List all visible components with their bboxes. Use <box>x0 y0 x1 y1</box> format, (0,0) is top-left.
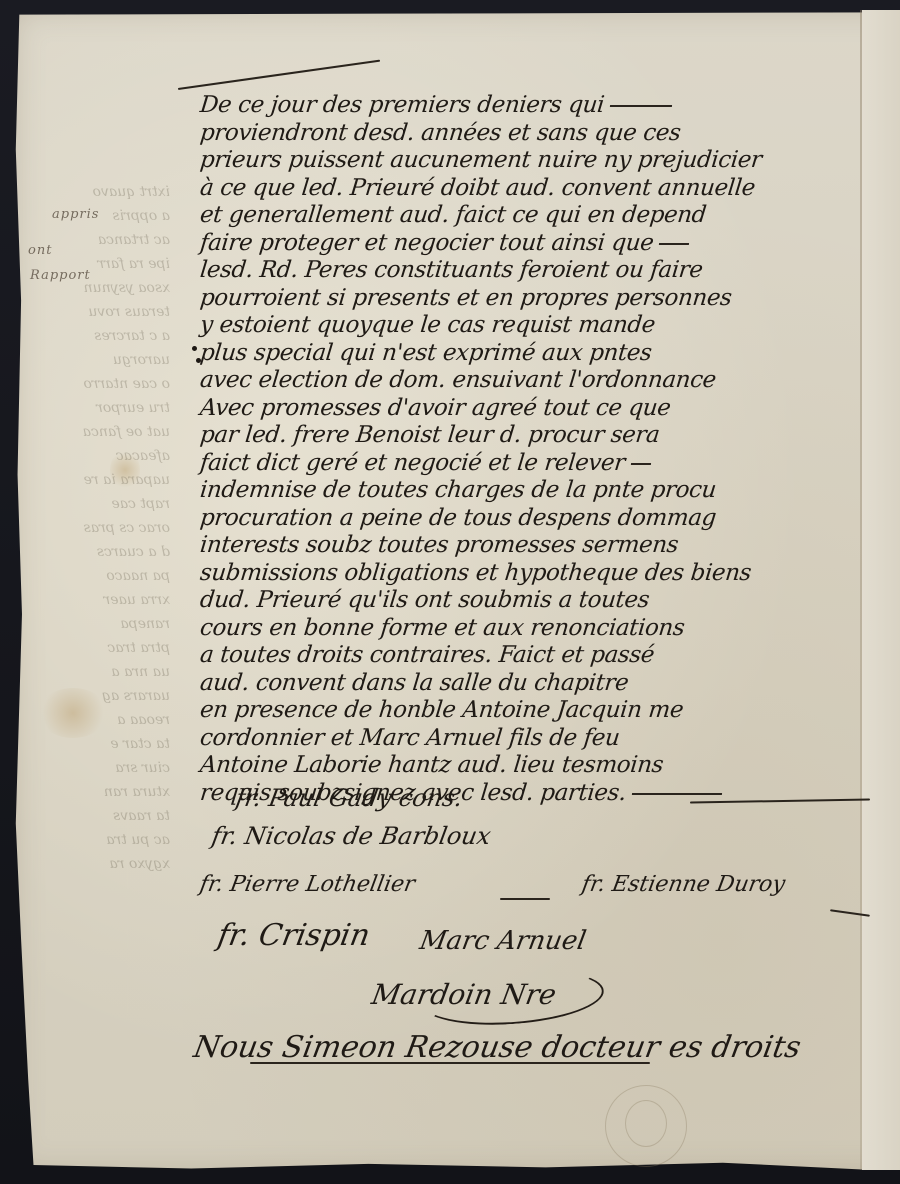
margin-note: Rapport <box>30 268 91 283</box>
text-line: interests soubz toutes promesses sermens <box>199 532 862 560</box>
text-line: prieurs puissent aucunement nuire ny pre… <box>199 147 862 175</box>
text-line: pourroient si presents et en propres per… <box>199 285 862 313</box>
text-line: aud. convent dans la salle du chapitre <box>199 670 862 698</box>
text-line: cordonnier et Marc Arnuel fils de feu <box>199 725 862 753</box>
scan-background: ixtrt quavoa opprisac trtancaipe ra farr… <box>0 0 900 1184</box>
text-line: proviendront desd. années et sans que ce… <box>199 120 862 148</box>
text-line: faire proteger et negocier tout ainsi qu… <box>199 230 862 258</box>
text-line: procuration a peine de tous despens domm… <box>199 505 862 533</box>
text-line: Antoine Laborie hantz aud. lieu tesmoins <box>199 752 862 780</box>
text-line: y estoient quoyque le cas requist mande <box>199 312 862 340</box>
text-line: faict dict geré et negocié et le relever <box>199 450 862 478</box>
text-line: et generallement aud. faict ce qui en de… <box>199 202 862 230</box>
signature: fr. Pierre Lothellier <box>198 872 417 897</box>
text-line: indemnise de toutes charges de la pnte p… <box>199 477 862 505</box>
text-line: à ce que led. Prieuré doibt aud. convent… <box>199 175 862 203</box>
adjacent-page-edge <box>862 10 900 1170</box>
text-line: par led. frere Benoist leur d. procur se… <box>199 422 862 450</box>
text-line: plus special qui n'est exprimé aux pntes <box>199 340 862 368</box>
text-line: De ce jour des premiers deniers qui <box>199 92 862 120</box>
text-line: cours en bonne forme et aux renonciation… <box>199 615 862 643</box>
signature: fr. Crispin <box>215 918 373 953</box>
signature: Nous Simeon Rezouse docteur es droits <box>191 1030 804 1065</box>
text-line: Avec promesses d'avoir agreé tout ce que <box>199 395 862 423</box>
margin-note: ont <box>28 243 52 258</box>
text-line: dud. Prieuré qu'ils ont soubmis a toutes <box>199 587 862 615</box>
signature: Marc Arnuel <box>417 926 588 956</box>
signature: fr. Estienne Duroy <box>580 872 787 897</box>
text-line: lesd. Rd. Peres constituants feroient ou… <box>199 257 862 285</box>
watermark-mark-inner <box>625 1100 667 1147</box>
text-line: avec election de dom. ensuivant l'ordonn… <box>199 367 862 395</box>
margin-note: appris <box>52 207 99 222</box>
signature-strike <box>500 898 550 900</box>
margin-mark <box>192 346 197 351</box>
show-through-text: ixtrt quavoa opprisac trtancaipe ra farr… <box>40 180 170 876</box>
signature: fr. Nicolas de Barbloux <box>210 822 494 850</box>
text-line: submissions obligations et hypotheque de… <box>199 560 862 588</box>
text-line: en presence de honble Antoine Jacquin me <box>199 697 862 725</box>
signature: fr. Paul Gady cons. <box>234 784 465 812</box>
signature-underline <box>250 1062 650 1064</box>
text-line: a toutes droits contraires. Faict et pas… <box>199 642 862 670</box>
body-text: De ce jour des premiers deniers qui prov… <box>200 92 860 807</box>
